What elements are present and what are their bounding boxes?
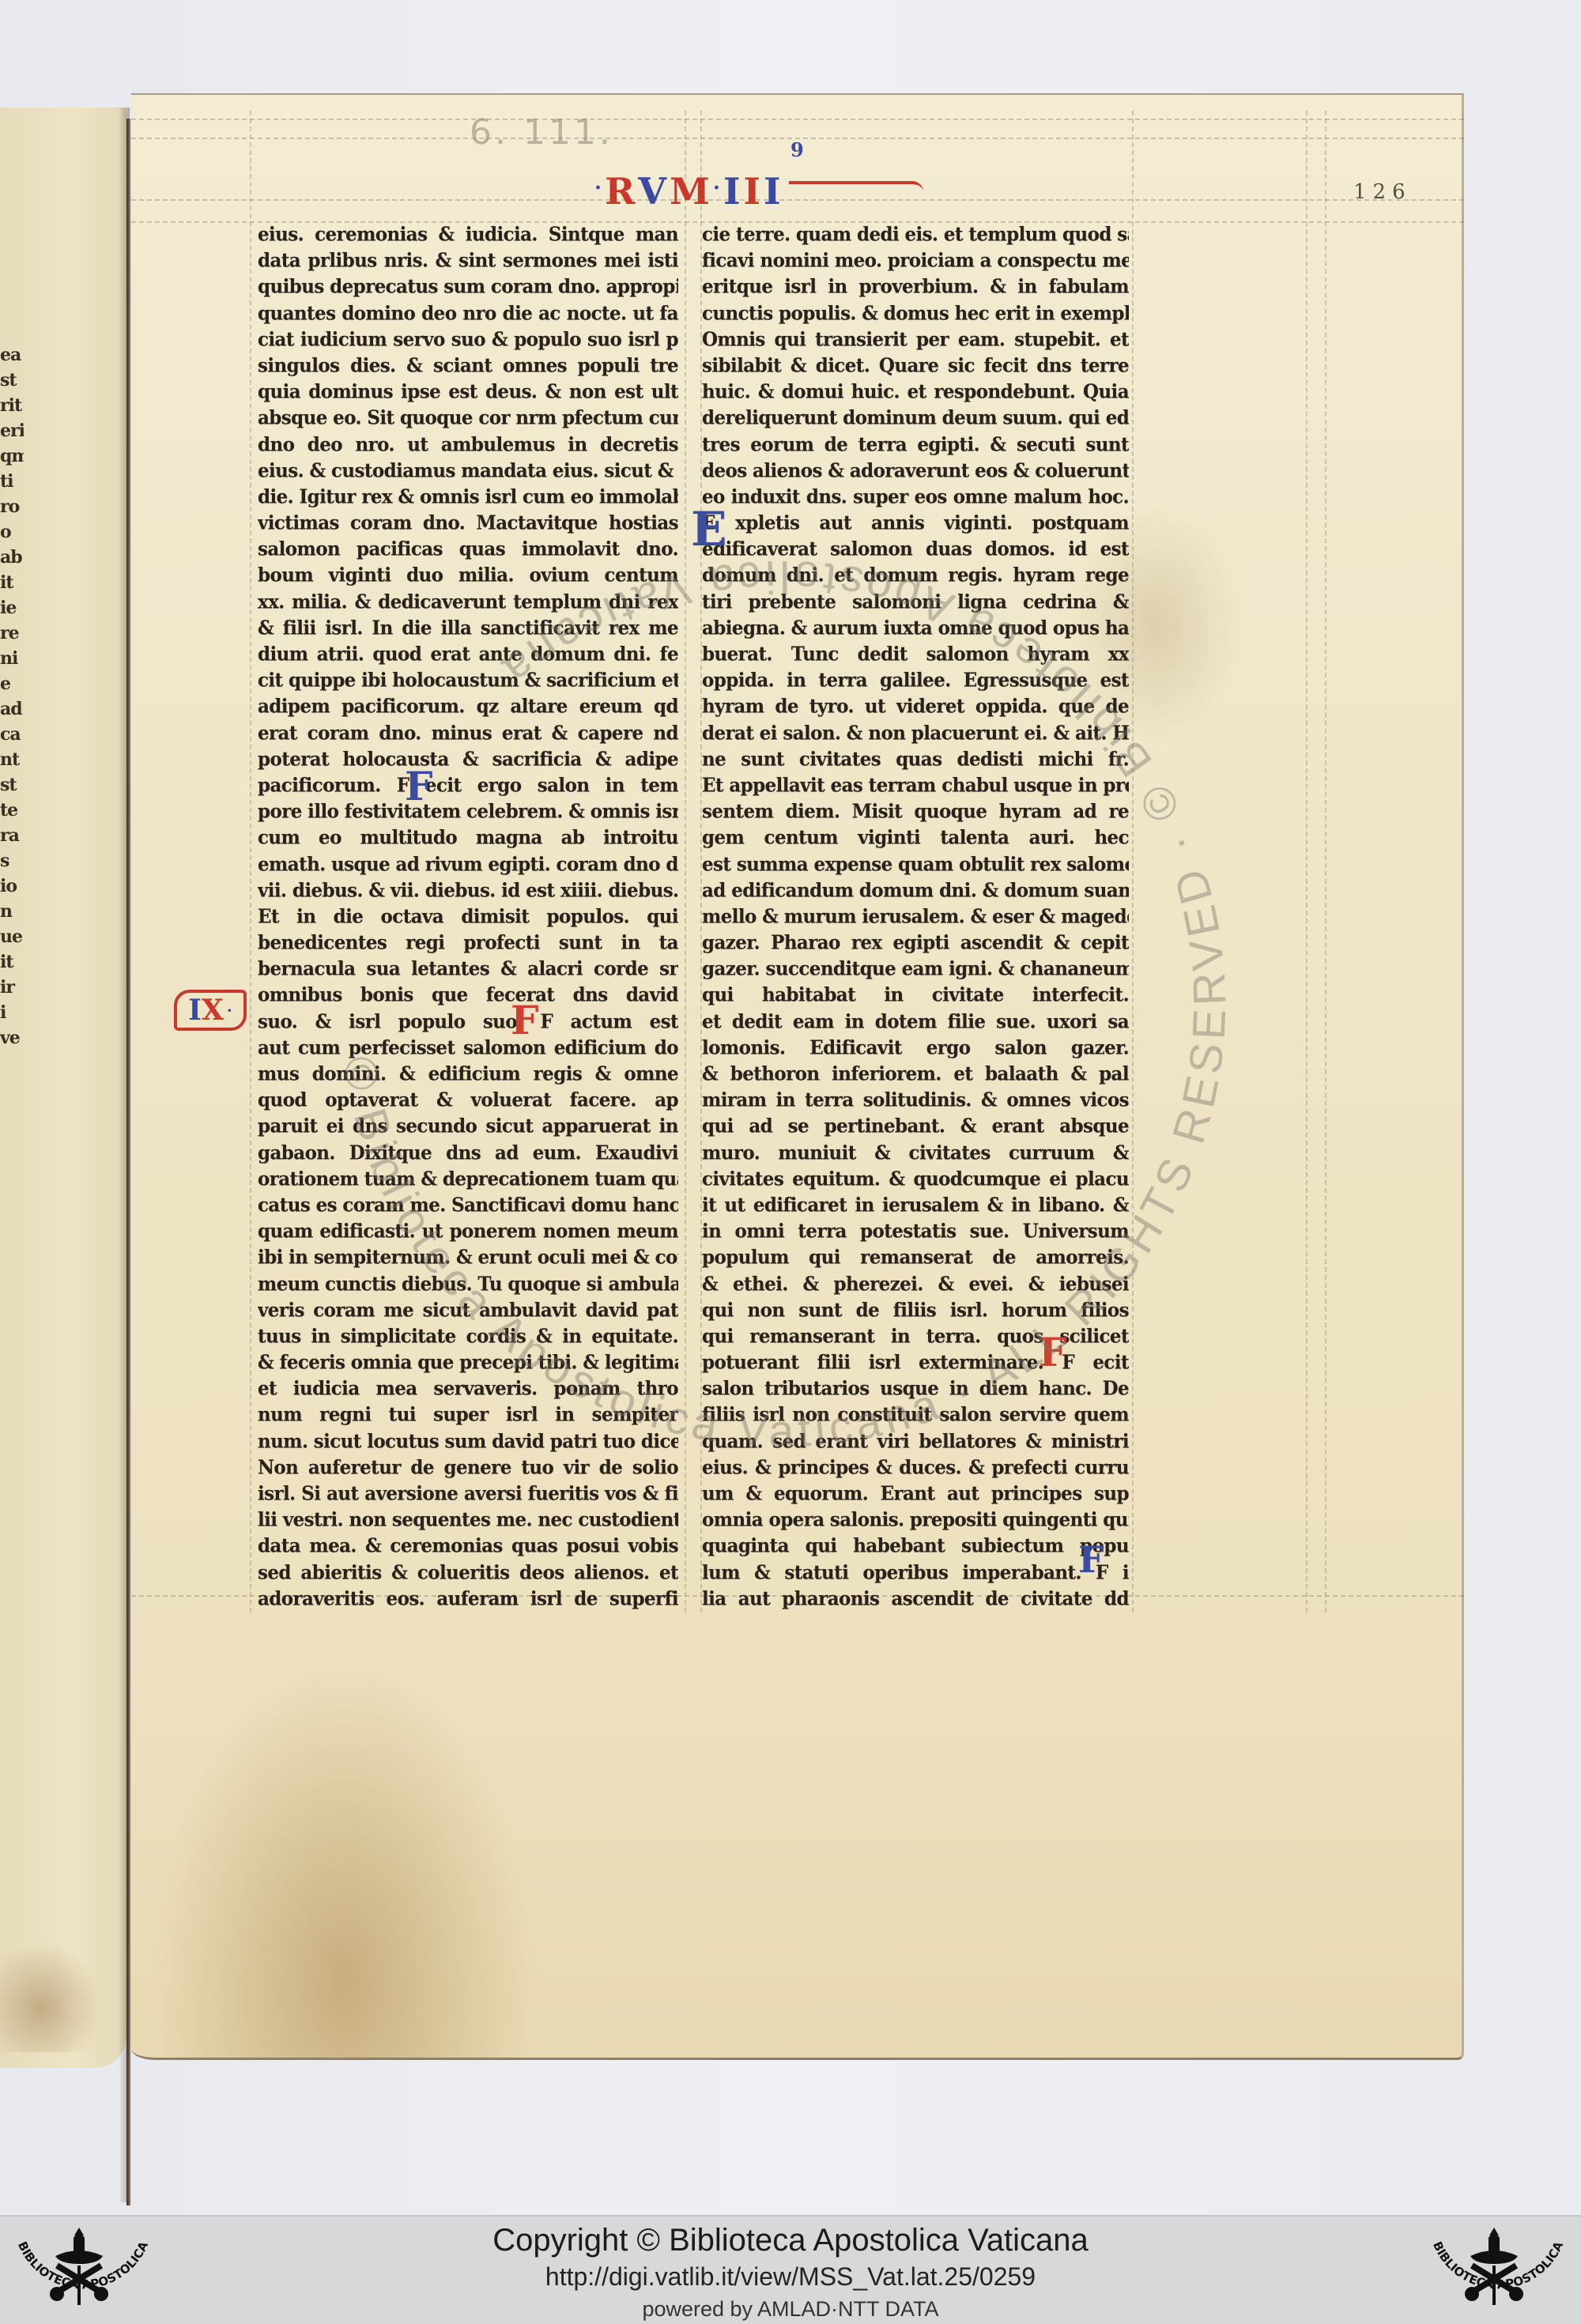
decorated-initial-e: E [691,506,727,553]
running-title: · R V M · I I I [594,162,923,209]
decorated-initial-f: F [1039,1333,1067,1372]
manuscript-line: cunctis populis. & domus hec erit in exe… [702,300,1129,327]
decorated-initial-f: F [405,767,433,806]
manuscript-line: tiri prebente salomoni ligna cedrina & [702,588,1129,616]
manuscript-line: mello & murum ierusalem. & eser & magedd… [702,903,1129,930]
manuscript-line: gazer. succenditque eam igni. & chananeu… [702,955,1129,983]
text-column-right: cie terre. quam dedi eis. et templum quo… [702,221,1129,1612]
manuscript-line: ne sunt civitates quas dedisti michi fr. [702,745,1129,773]
manuscript-line: quam. sed erant viri bellatores & minist… [702,1428,1129,1455]
manuscript-line: paruit ei dns secundo sicut apparuerat i… [258,1113,678,1141]
manuscript-line: sibilabit & dicet. Quare sic fecit dns t… [702,352,1129,379]
ruling-line [1325,111,1326,1613]
manuscript-line: victimas coram dno. Mactavitque hostias [258,509,678,537]
manuscript-line: ibi in sempiternum. & erunt oculi mei & … [258,1243,678,1271]
manuscript-line: quod optaverat & voluerat facere. ap [258,1086,678,1114]
manuscript-line: hyram de tyro. ut videret oppida. que de [702,693,1129,721]
manuscript-line: omnia opera salonis. prepositi quingenti… [702,1506,1129,1534]
manuscript-line: catus es coram me. Sanctificavi domu han… [258,1191,678,1219]
ruling-line [685,111,686,1613]
manuscript-line: mus domini. & edificium regis & omne [258,1060,678,1088]
manuscript-line: Et in die octava dimisit populos. qui [258,903,678,930]
manuscript-line: it ut edificaret in ierusalem & in liban… [702,1191,1129,1219]
manuscript-line: cie terre. quam dedi eis. et templum quo… [702,221,1129,248]
manuscript-line: eius. & custodiamus mandata eius. sicut … [258,457,678,485]
manuscript-line: num regni tui super isrl in sempiter [258,1402,678,1429]
manuscript-line: quia dominus ipse est deus. & non est ul… [258,378,678,406]
permalink-url[interactable]: http://digi.vatlib.it/view/MSS_Vat.lat.2… [0,2262,1581,2292]
manuscript-line: singulos dies. & sciant omnes populi tre [258,352,678,379]
manuscript-line: et iudicia mea servaveris. ponam thro [258,1375,678,1402]
manuscript-line: ficavi nomini meo. proiciam a conspectu … [702,247,1129,274]
manuscript-line: Non auferetur de genere tuo vir de solio [258,1454,678,1481]
manuscript-line: gabaon. Dixitque dns ad eum. Exaudivi [258,1139,678,1167]
manuscript-line: data mea. & ceremonias quas posui vobis [258,1533,678,1560]
text-column-left: eius. ceremonias & iudicia. Sintque mand… [258,221,678,1612]
pencil-shelfmark: 6. 111. [470,112,613,153]
manuscript-line: in omni terra potestatis sue. Universum [702,1217,1129,1245]
manuscript-line: & bethoron inferiorem. et balaath & pal [702,1060,1129,1088]
manuscript-line: et dedit eam in dotem filie sue. uxori s… [702,1008,1129,1036]
water-stain [0,1941,103,2052]
running-title-char: V [638,173,666,209]
manuscript-line: data prlibus nris. & sint sermones mei i… [258,247,678,274]
vatican-library-logo-icon: BIBLIOTECA APOSTOLICA VATICANA [1415,2221,1581,2321]
running-title-char: I [764,173,781,209]
manuscript-line: adipem pacificorum. qz altare ereum qd [258,693,678,721]
running-title-superscript: 9 [790,141,804,160]
manuscript-line: orationem tuam & deprecationem tuam qua … [258,1165,678,1193]
running-title-char: M [670,173,710,209]
manuscript-line: ciat iudicium servo suo & populo suo isr… [258,326,678,353]
manuscript-line: quibus deprecatus sum coram dno. appropi [258,274,678,301]
running-title-char: R [605,173,635,209]
manuscript-line: benedicentes regi profecti sunt in ta [258,929,678,956]
manuscript-line: salomon pacificas quas immolavit dno. [258,535,678,563]
manuscript-line: dereliquerunt dominum deum suum. qui edu… [702,404,1129,432]
manuscript-line: dno deo nro. ut ambulemus in decretis [258,431,678,458]
manuscript-line: abiegna. & aurum iuxta omne quod opus ha [702,614,1129,642]
manuscript-line: isrl. Si aut aversione aversi fueritis v… [258,1480,678,1507]
manuscript-line: salon tributarios usque in diem hanc. De [702,1375,1129,1402]
manuscript-line: filiis isrl non constituit salon servire… [702,1402,1129,1429]
manuscript-line: die. Igitur rex & omnis isrl cum eo immo… [258,483,678,511]
verso-text-fragments: ea st rit eri qm ti ro o ab it ie re ni … [0,345,24,1053]
decorated-initial-f: F [1078,1541,1104,1578]
manuscript-line: poterat holocausta & sacrificia & adipe [258,745,678,773]
folio-number: 126 [1353,180,1412,204]
copyright-text: Copyright © Biblioteca Apostolica Vatica… [0,2223,1581,2258]
manuscript-line: lum & statuti operibus imperabant. F i [702,1559,1129,1586]
manuscript-line: & feceris omnia que precepi tibi. & legi… [258,1349,678,1376]
manuscript-line: cum eo multitudo magna ab introitu [258,824,678,851]
manuscript-line: absque eo. Sit quoque cor nrm pfectum cu… [258,404,678,432]
manuscript-line: Omnis qui transierit per eam. stupebit. … [702,326,1129,353]
running-title-char: I [744,173,761,209]
manuscript-line: dium atrii. quod erat ante domum dni. fe [258,640,678,668]
manuscript-line: bernacula sua letantes & alacri corde sr [258,955,678,983]
manuscript-line: aut cum perfecisset salomon edificium do [258,1034,678,1062]
manuscript-line: vii. diebus. & vii. diebus. id est xiiii… [258,877,678,904]
manuscript-line: qui non sunt de filiis isrl. horum filio… [702,1296,1129,1324]
manuscript-line: lii vestri. non sequentes me. nec custod… [258,1506,678,1534]
manuscript-line: pore illo festivitatem celebrem. & omnis… [258,798,678,825]
red-flourish [789,181,923,192]
manuscript-line: meum cunctis diebus. Tu quoque si ambula [258,1270,678,1298]
manuscript-line: um & equorum. Erant aut principes sup [702,1480,1129,1507]
manuscript-line: & filii isrl. In die illa sanctificavit … [258,614,678,642]
manuscript-line: quaginta qui habebant subiectum popu [702,1533,1129,1560]
manuscript-line: eius. ceremonias & iudicia. Sintque man [258,221,678,248]
manuscript-line: est summa expense quam obtulit rex salom… [702,851,1129,878]
manuscript-line: Et appellavit eas terram chabul usque in… [702,772,1129,799]
manuscript-line: erat coram dno. minus erat & capere nd [258,719,678,747]
manuscript-line: quam edificasti. ut ponerem nomen meum [258,1217,678,1245]
verso-page-edge: ea st rit eri qm ti ro o ab it ie re ni … [0,108,126,2068]
ruling-line [250,111,251,1613]
running-title-char: · [594,178,602,198]
manuscript-line: gazer. Pharao rex egipti ascendit & cepi… [702,929,1129,956]
manuscript-line: eo induxit dns. super eos omne malum hoc… [702,483,1129,511]
manuscript-line: populum qui remanserat de amorreis. [702,1243,1129,1271]
ruling-line [131,119,1464,120]
manuscript-line: boum viginti duo milia. ovium centum [258,562,678,590]
manuscript-line: qui habitabat in civitate interfecit. [702,982,1129,1009]
manuscript-line: E xpletis aut annis viginti. postquam [702,509,1129,537]
manuscript-line: huic. & domui huic. et respondebunt. Qui… [702,378,1129,406]
manuscript-line: veris coram me sicut ambulavit david pat [258,1296,678,1324]
manuscript-line: eius. & principes & duces. & prefecti cu… [702,1454,1129,1481]
manuscript-line: omnibus bonis que fecerat dns david [258,982,678,1009]
manuscript-line: lomonis. Edificavit ergo salon gazer. [702,1034,1129,1062]
manuscript-line: gem centum viginti talenta auri. hec [702,824,1129,851]
manuscript-line: tuus in simplicitate cordis & in equitat… [258,1322,678,1350]
manuscript-line: domum dni. et domum regis. hyram rege [702,562,1129,590]
manuscript-line: xx. milia. & dedicaverunt templum dni re… [258,588,678,616]
manuscript-line: miram in terra solitudinis. & omnes vico… [702,1086,1129,1114]
running-title-char: I [723,173,741,209]
manuscript-line: suo. & isrl populo suo. F actum est [258,1008,678,1036]
manuscript-line: pacificorum. F ecit ergo salon in tem [258,772,678,799]
manuscript-line: qui ad se pertinebant. & erant absque [702,1113,1129,1141]
manuscript-line: adoraveritis eos. auferam isrl de superf… [258,1585,678,1613]
manuscript-line: buerat. Tunc dedit salomon hyram xx [702,640,1129,668]
manuscript-line: sed abieritis & colueritis deos alienos.… [258,1559,678,1586]
ruling-line [1132,111,1134,1613]
copyright-footer: BIBLIOTECA APOSTOLICA VATICANA Copyright… [0,2215,1581,2324]
manuscript-line: lia aut pharaonis ascendit de civitate d… [702,1585,1129,1613]
manuscript-line: edificaverat salomon duas domos. id est [702,535,1129,563]
manuscript-line: oppida. in terra galilee. Egressusque es… [702,666,1129,694]
manuscript-line: emath. usque ad rivum egipti. coram dno … [258,851,678,878]
manuscript-line: civitates equitum. & quodcumque ei placu [702,1165,1129,1193]
powered-by-text: powered by AMLAD·NTT DATA [0,2297,1581,2322]
manuscript-line: cit quippe ibi holocaustum & sacrificium… [258,666,678,694]
manuscript-line: quantes domino deo nro die ac nocte. ut … [258,300,678,327]
manuscript-line: muro. muniuit & civitates curruum & [702,1139,1129,1167]
manuscript-line: tres eorum de terra egipti. & secuti sun… [702,431,1129,458]
manuscript-line: num. sicut locutus sum david patri tuo d… [258,1428,678,1455]
manuscript-line: sentem diem. Misit quoque hyram ad re [702,798,1129,825]
chapter-number-marker: I X · [174,990,247,1031]
running-title-char: · [713,178,720,198]
decorated-initial-f: F [511,1001,539,1040]
manuscript-line: ad edificandum domum dni. & domum suam. … [702,877,1129,904]
manuscript-line: eritque isrl in proverbium. & in fabulam [702,274,1129,301]
manuscript-line: & ethei. & pherezei. & evei. & iebusei [702,1270,1129,1298]
manuscript-line: derat ei salon. & non placuerunt ei. & a… [702,719,1129,747]
manuscript-line: deos alienos & adoraverunt eos & colueru… [702,457,1129,485]
ruling-line [1306,111,1307,1613]
